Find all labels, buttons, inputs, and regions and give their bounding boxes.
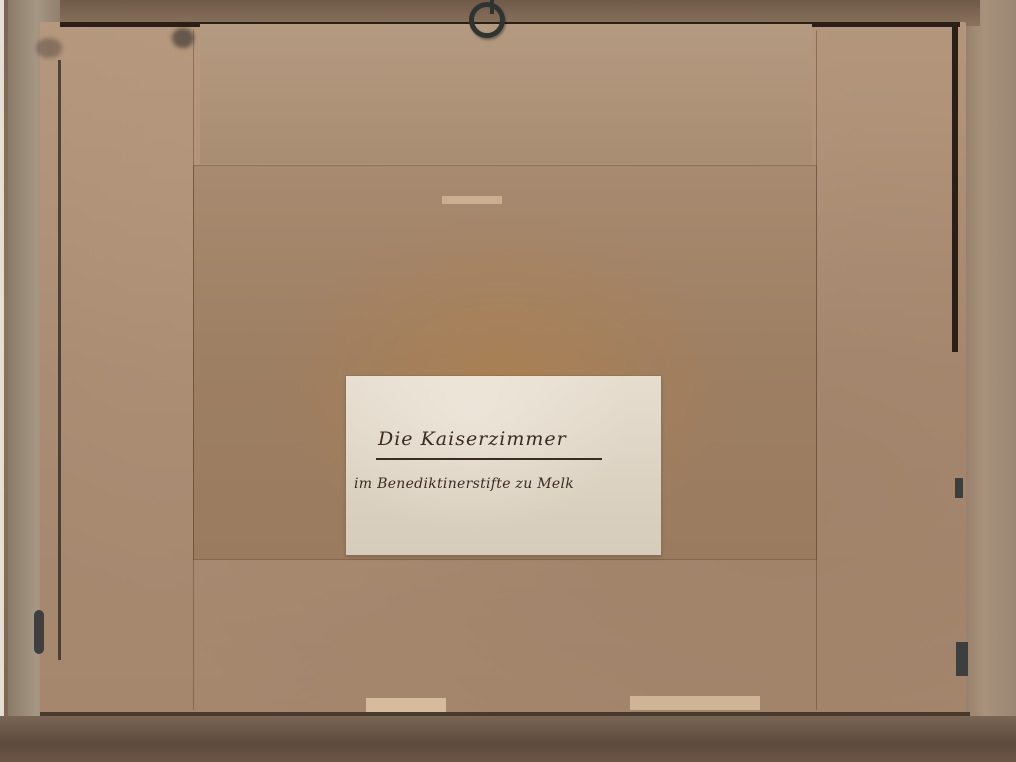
stain-mark — [172, 28, 194, 48]
seam-left — [193, 30, 194, 710]
picture-frame-back: Die Kaiserzimmer im Benediktinerstifte z… — [0, 0, 1016, 762]
label-title: Die Kaiserzimmer — [378, 428, 567, 450]
paper-scratch — [442, 196, 502, 204]
handwritten-label: Die Kaiserzimmer im Benediktinerstifte z… — [346, 376, 661, 555]
torn-paper-edge — [366, 698, 446, 712]
right-gap — [952, 22, 958, 352]
seam-right — [816, 30, 817, 710]
frame-tack — [956, 642, 968, 676]
frame-bottom-rail — [0, 716, 1016, 762]
upper-paper-strip — [200, 24, 812, 164]
label-underline — [376, 458, 602, 460]
frame-tack — [34, 610, 44, 654]
frame-tack — [955, 478, 963, 498]
stain-mark — [36, 38, 62, 58]
bottom-gap — [40, 712, 970, 716]
label-subtitle: im Benediktinerstifte zu Melk — [354, 476, 574, 492]
hanging-ring-icon — [469, 2, 505, 38]
left-gap — [58, 60, 61, 660]
torn-paper-edge — [630, 696, 760, 710]
